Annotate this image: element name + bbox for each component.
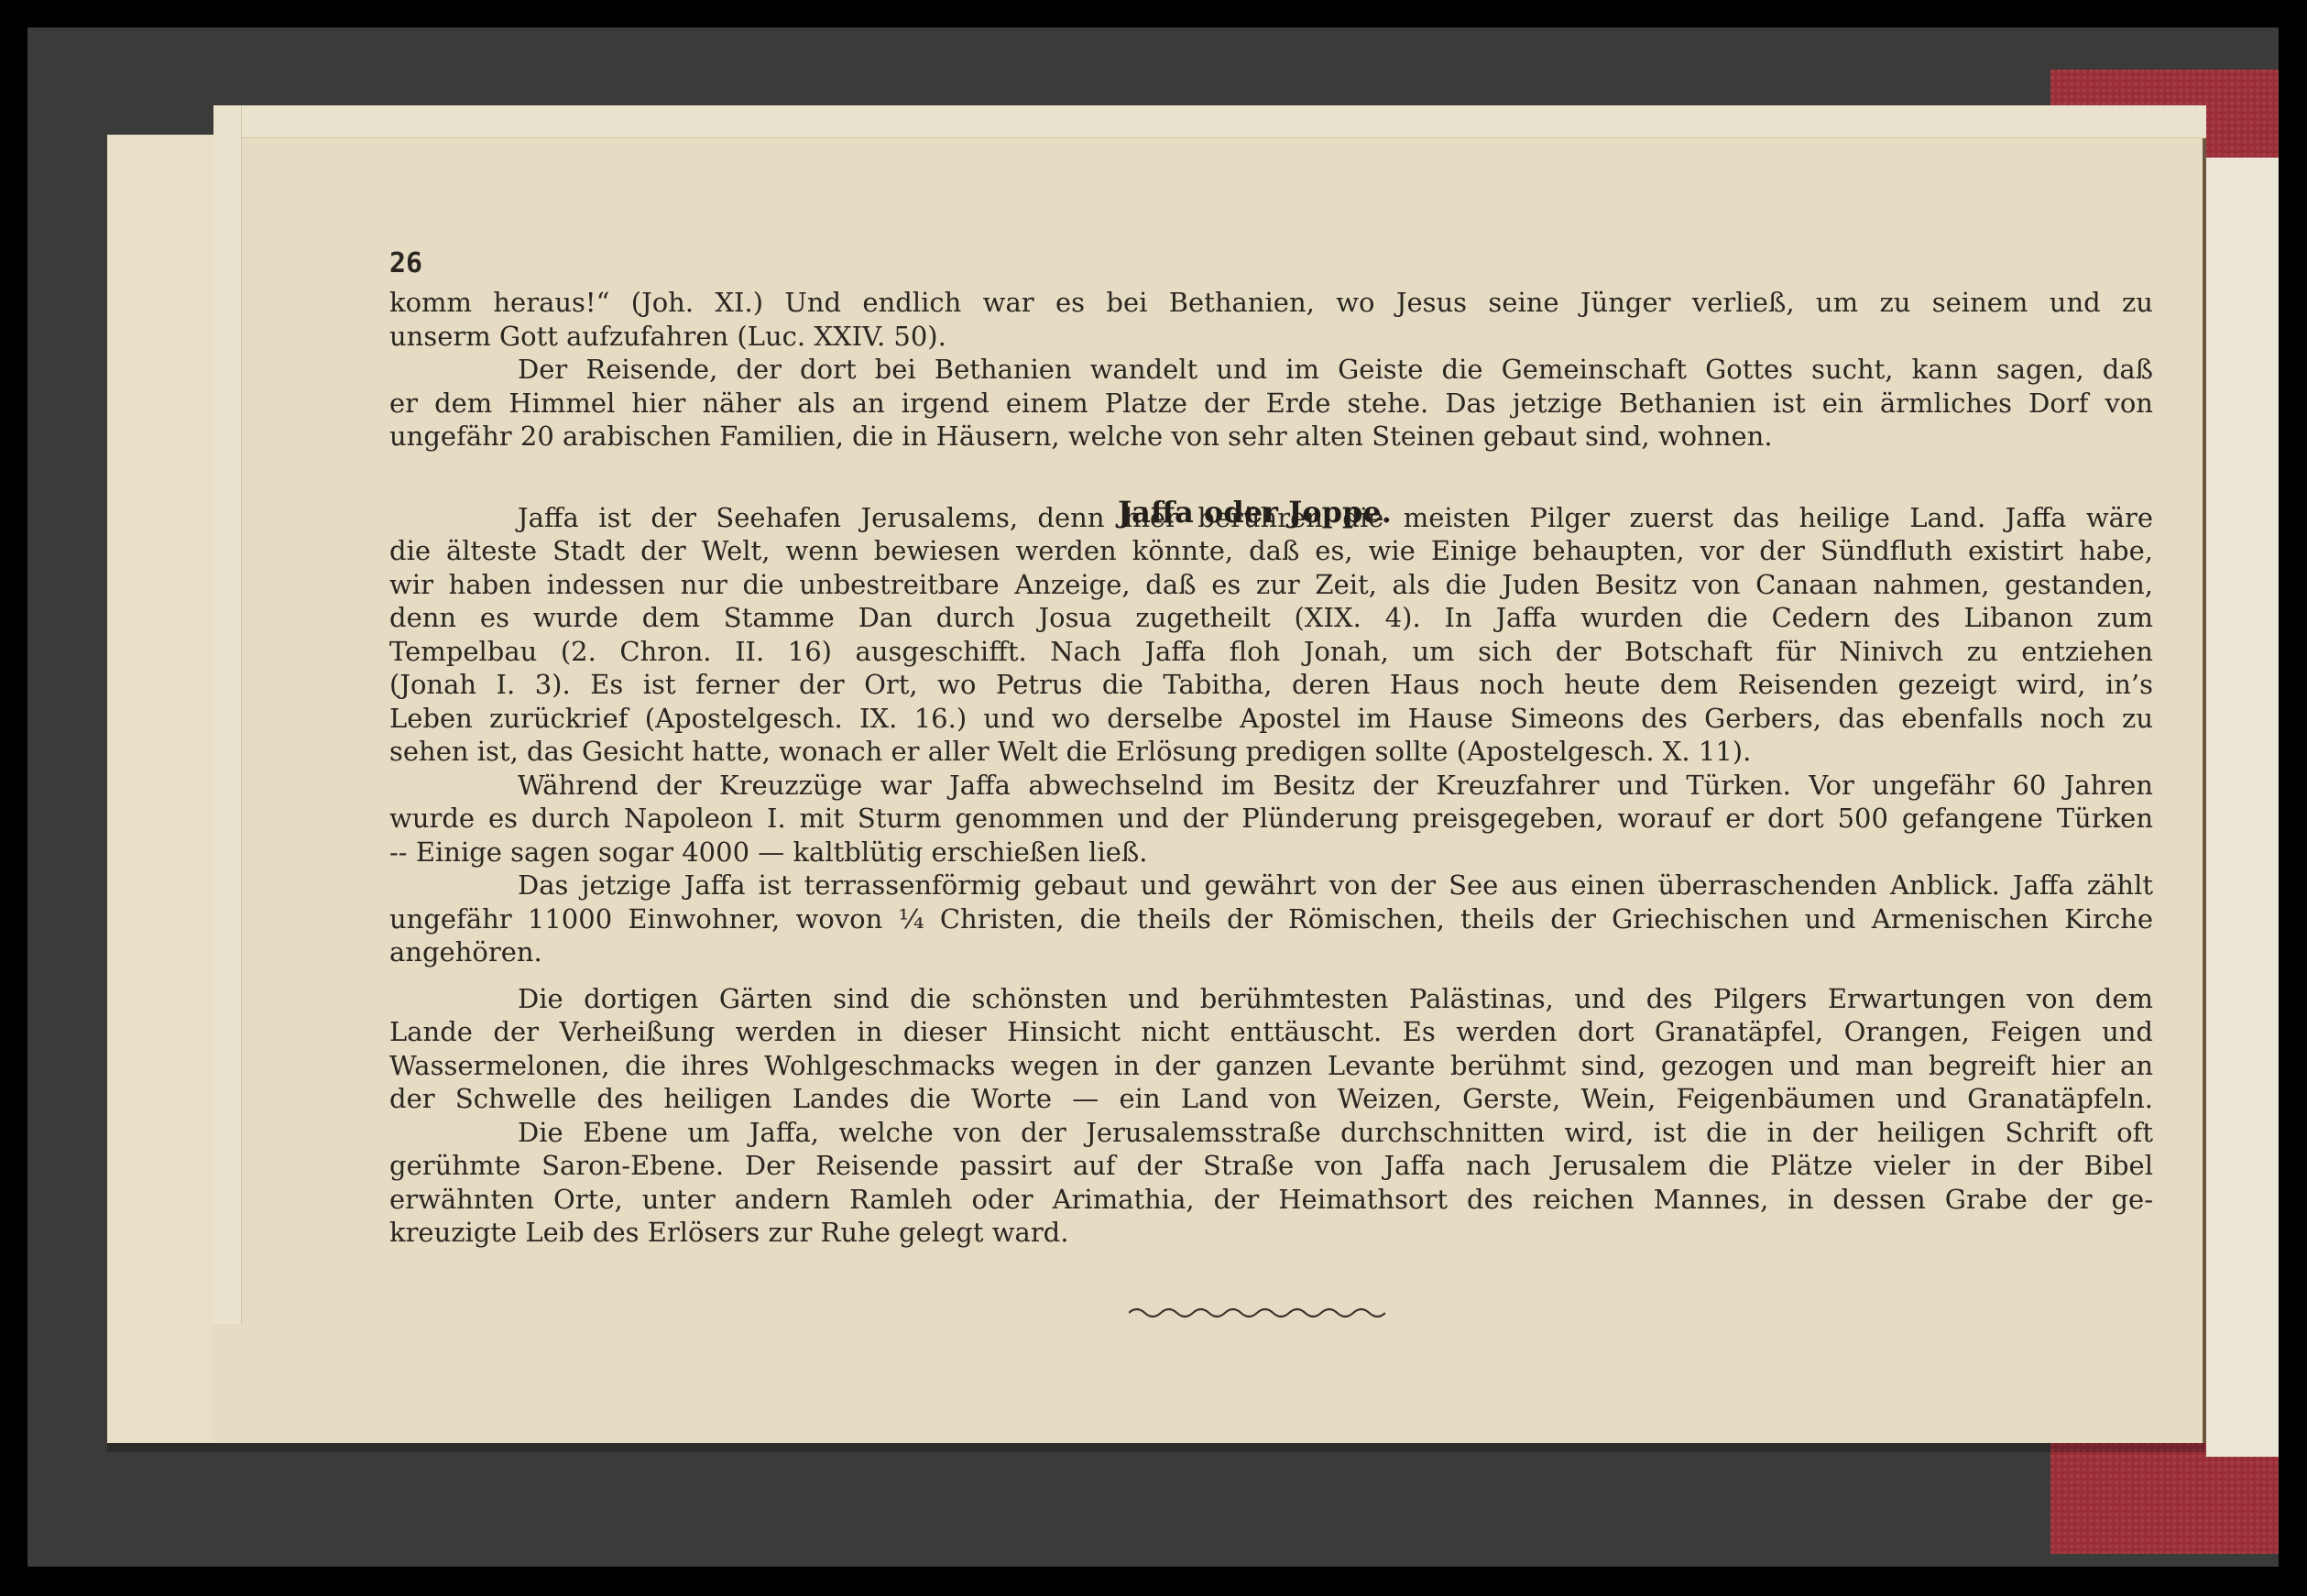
text-line: ungefähr 20 arabischen Familien, die in … [389,420,2153,454]
paragraph-spacer [389,969,2153,982]
paragraph: Die dortigen Gärten sind die schönsten u… [389,982,2153,1116]
paragraph: Die Ebene um Jaffa, welche von der Jerus… [389,1116,2153,1250]
text-line: ungefähr 11000 Einwohner, wovon ¼ Christ… [389,902,2153,936]
paragraph: Der Reisende, der dort bei Bethanien wan… [389,353,2153,454]
paragraph: Das jetzige Jaffa ist terrassenförmig ge… [389,869,2153,969]
heading-spacer [389,454,2153,501]
facing-page-edge [2206,158,2279,1457]
page-shadow [107,1443,2205,1452]
text-line: -- Einige sagen sogar 4000 — kaltblütig … [389,836,2153,869]
paragraph: komm heraus!“ (Joh. XI.) Und endlich war… [389,286,2153,353]
text-line: (Jonah I. 3). Es ist ferner der Ort, wo … [389,668,2153,702]
wavy-divider-icon [1129,1306,1385,1320]
text-line: Leben zurückrief (Apostelgesch. IX. 16.)… [389,702,2153,736]
text-line: erwähnten Orte, unter andern Ramleh oder… [389,1183,2153,1217]
text-line: wir haben indessen nur die unbestreitbar… [389,568,2153,602]
text-line: Wassermelonen, die ihres Wohlgeschmacks … [389,1049,2153,1083]
paragraph: Jaffa ist der Seehafen Jerusalems, denn … [389,501,2153,769]
text-line: sehen ist, das Gesicht hatte, wonach er … [389,735,2153,769]
section-heading: Jaffa oder Joppe. [1118,495,1392,530]
text-line: gerühmte Saron-Ebene. Der Reisende passi… [389,1149,2153,1183]
text-line: unserm Gott aufzufahren (Luc. XXIV. 50). [389,320,2153,354]
text-line: Lande der Verheißung werden in dieser Hi… [389,1015,2153,1049]
text-line: Die Ebene um Jaffa, welche von der Jerus… [389,1116,2153,1150]
page-top-margin [213,105,2206,138]
text-line: Tempelbau (2. Chron. II. 16) ausgeschiff… [389,635,2153,669]
page-left-margin [213,105,242,1324]
text-line: komm heraus!“ (Joh. XI.) Und endlich war… [389,286,2153,320]
text-line: er dem Himmel hier näher als an irgend e… [389,387,2153,421]
text-line: wurde es durch Napoleon I. mit Sturm gen… [389,802,2153,836]
text-line: der Schwelle des heiligen Landes die Wor… [389,1082,2153,1116]
text-line: denn es wurde dem Stamme Dan durch Josua… [389,601,2153,635]
text-line: Die dortigen Gärten sind die schönsten u… [389,982,2153,1016]
text-line: angehören. [389,935,2153,969]
paragraph: Während der Kreuzzüge war Jaffa abwechse… [389,769,2153,869]
text-line: Der Reisende, der dort bei Bethanien wan… [389,353,2153,387]
text-line: die älteste Stadt der Welt, wenn bewiese… [389,534,2153,568]
text-line: Während der Kreuzzüge war Jaffa abwechse… [389,769,2153,803]
page-number: 26 [389,247,422,279]
page-body: komm heraus!“ (Joh. XI.) Und endlich war… [389,286,2153,1250]
text-line: kreuzigte Leib des Erlösers zur Ruhe gel… [389,1216,2153,1250]
text-line: Das jetzige Jaffa ist terrassenförmig ge… [389,869,2153,902]
